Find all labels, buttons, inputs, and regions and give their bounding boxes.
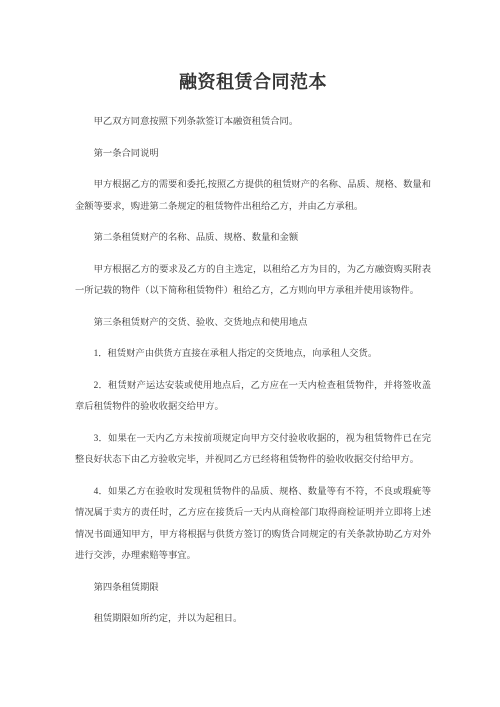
section-3-item-3: 3．如果在一天内乙方未按前项规定向甲方交付验收收据的，视为租赁物件已在完整良好状… (75, 429, 431, 472)
section-heading-4: 第四条租赁期限 (75, 578, 431, 600)
document-title: 融资租赁合同范本 (75, 70, 431, 94)
section-1-paragraph: 甲方根据乙方的需要和委托,按照乙方提供的租赁财产的名称、品质、规格、数量和金额等… (75, 175, 431, 218)
section-heading-3: 第三条租赁财产的交货、验收、交货地点和使用地点 (75, 313, 431, 335)
document-page: 融资租赁合同范本 甲乙双方同意按照下列条款签订本融资租赁合同。 第一条合同说明 … (0, 0, 500, 707)
section-heading-1: 第一条合同说明 (75, 144, 431, 166)
section-3-item-4: 4．如果乙方在验收时发现租赁物件的品质、规格、数量等有不符，不良或瑕疵等情况属于… (75, 482, 431, 568)
section-4-paragraph: 租赁期限如所约定，并以为起租日。 (75, 609, 431, 631)
section-3-item-2: 2．租赁财产运达安装或使用地点后，乙方应在一天内检查租赁物件，并将签收盖章后租赁… (75, 376, 431, 419)
section-3-item-1: 1．租赁财产由供货方直接在承租人指定的交货地点，向承租人交货。 (75, 344, 431, 366)
document-body: 甲乙双方同意按照下列条款签订本融资租赁合同。 第一条合同说明 甲方根据乙方的需要… (75, 112, 431, 631)
intro-paragraph: 甲乙双方同意按照下列条款签订本融资租赁合同。 (75, 112, 431, 134)
section-2-paragraph: 甲方根据乙方的要求及乙方的自主选定，以租给乙方为目的，为乙方融资购买附表一所记载… (75, 260, 431, 303)
section-heading-2: 第二条租赁财产的名称、品质、规格、数量和金额 (75, 228, 431, 250)
